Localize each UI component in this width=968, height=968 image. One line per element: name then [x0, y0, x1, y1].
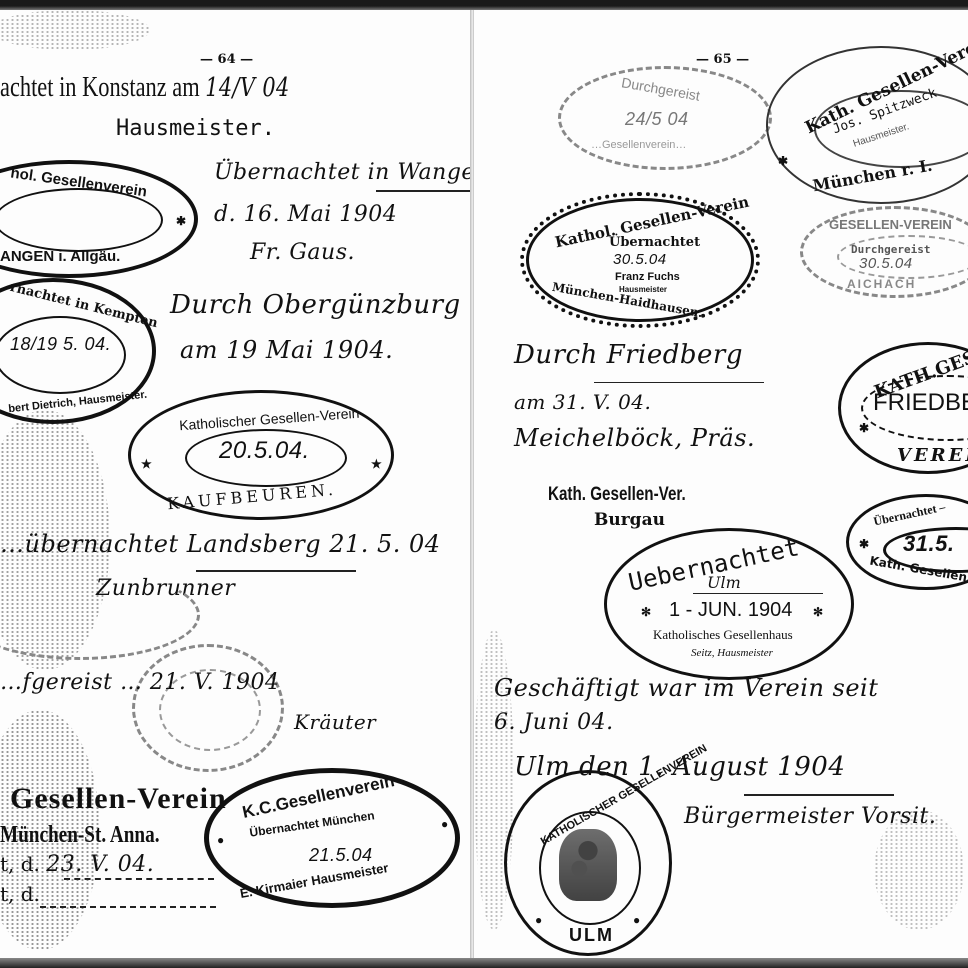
stamp-text: AICHACH — [847, 277, 916, 291]
star-icon: ✱ — [778, 154, 788, 168]
stamp-text: Franz Fuchs — [615, 271, 680, 283]
underline — [744, 794, 894, 796]
scan-top-edge — [0, 0, 968, 10]
star-icon: ✱ — [859, 537, 869, 551]
printed-location: Burgau — [594, 510, 665, 530]
printed-association: Gesellen-Verein — [10, 782, 227, 816]
stamp-text: FRIEDBE… — [873, 389, 968, 417]
header-text: achtet in Konstanz am — [0, 72, 200, 103]
header-role: Hausmeister. — [116, 116, 275, 141]
stamp-kempten: rnachtet in Kempten 18/19 5. 04. bert Di… — [0, 278, 156, 424]
handwriting-landsberg: …übernachtet Landsberg 21. 5. 04 — [0, 530, 441, 558]
right-page: — 65 — Durchgereist 24/5 04 …Gesellenver… — [474, 10, 968, 958]
dotted-line — [64, 878, 214, 880]
stamp-text: Übernachtet – — [872, 500, 947, 530]
header-line: achtet in Konstanz am 14/V 04 — [0, 72, 290, 104]
asterisk-icon: ✻ — [813, 605, 823, 619]
stamp-text: GESELLEN-VEREIN — [829, 217, 952, 232]
left-page: — 64 — achtet in Konstanz am 14/V 04 Hau… — [0, 10, 471, 958]
handwriting-aufgereist: …fgereist … 21. V. 1904 — [0, 670, 279, 695]
stamp-text: E. Kirmaier Hausmeister — [239, 860, 390, 901]
printed-label: t, d. — [0, 852, 40, 876]
handwriting-date: am 31. V. 04. — [514, 390, 651, 414]
stamp-kaufbeuren: Katholischer Gesellen-Verein 20.5.04. KA… — [128, 390, 394, 520]
stamp-aichach: GESELLEN-VEREIN Durchgereist 30.5.04 AIC… — [800, 206, 968, 298]
underline — [376, 190, 471, 192]
printed-date-row-empty: t, d. — [0, 882, 40, 906]
stamp-text: VEREI… — [897, 445, 968, 466]
stamp-rule — [693, 593, 823, 594]
stamp-text: Ulm — [707, 573, 741, 592]
star-icon: ✱ — [859, 421, 869, 435]
madonna-figure-icon — [559, 829, 617, 901]
handwriting-obergunzburg: Durch Obergünzburg — [170, 290, 461, 320]
stamp-text: ULM — [569, 925, 614, 946]
underline — [196, 570, 356, 572]
stamp-handwritten-date: 31.5. — [903, 531, 954, 557]
printed-date-row: t, d. 23. V. 04. — [0, 852, 154, 877]
stamp-ulm-uebernachtet: Uebernachtet Ulm 1 - JUN. 1904 ✻ ✻ Katho… — [604, 528, 854, 680]
stamp-text: Seitz, Hausmeister — [691, 647, 773, 659]
stamp-text: Übernachtet — [609, 235, 700, 250]
handwriting-signature: Meichelböck, Präs. — [514, 424, 755, 452]
stamp-handwritten-date: 18/19 5. 04. — [10, 334, 111, 355]
stamp-round-seal — [132, 644, 284, 772]
handwriting-signature: Bürgermeister Vorsit. — [684, 804, 936, 829]
stamp-handwritten-date: 30.5.04 — [613, 251, 667, 268]
stamp-kc-muenchen: K.C.Gesellenverein Übernachtet München 2… — [204, 768, 460, 908]
handwriting-date: am 19 Mai 1904. — [180, 336, 393, 364]
handwritten-date: 14/V 04 — [205, 73, 289, 103]
printed-association: Kath. Gesellen-Ver. — [548, 484, 686, 506]
stamp-haidhausen: Kathol. Gesellen-Verein Übernachtet 30.5… — [526, 198, 754, 322]
dot-icon: ● — [633, 913, 640, 927]
handwriting-signature: Fr. Gaus. — [250, 240, 355, 265]
scan-bottom-edge — [0, 958, 968, 968]
handwriting-employed: Geschäftigt war im Verein seit — [494, 674, 878, 702]
stamp-wangen: hol. Gesellenverein ANGEN i. Allgäu. ✱ — [0, 160, 198, 278]
handwriting-signature: Kräuter — [294, 710, 376, 734]
ink-noise — [0, 10, 150, 50]
stamp-durchgereist-faded: Durchgereist 24/5 04 …Gesellenverein… — [558, 66, 772, 170]
handwritten-date: 23. V. 04. — [46, 852, 154, 877]
handwriting-friedberg: Durch Friedberg — [514, 340, 743, 370]
page-number: — 65 — — [696, 52, 749, 67]
stamp-handwritten-date: 20.5.04. — [219, 437, 310, 465]
stamp-handwritten-date: 21.5.04 — [309, 845, 373, 866]
dot-icon: ● — [535, 913, 542, 927]
stamp-handwritten-date: 30.5.04 — [859, 255, 913, 272]
printed-location: München-St. Anna. — [0, 822, 160, 849]
handwriting-wangen: Übernachtet in Wangen — [214, 160, 471, 185]
stamp-text: …Gesellenverein… — [591, 139, 686, 151]
stamp-text: Katholisches Gesellenhaus — [653, 627, 793, 643]
stamp-handwritten-date: 24/5 04 — [625, 109, 689, 130]
asterisk-icon: ✻ — [641, 605, 651, 619]
underline — [594, 382, 764, 383]
handwriting-date: 6. Juni 04. — [494, 710, 614, 735]
stamp-date: 1 - JUN. 1904 — [669, 599, 792, 622]
dot-icon: ● — [441, 817, 448, 831]
stamp-text: ANGEN i. Allgäu. — [0, 248, 120, 265]
star-icon: ✱ — [176, 214, 186, 228]
dot-icon: ● — [217, 833, 224, 847]
stamp-friedberg: KATH.GESE… FRIEDBE… VEREI… ✱ — [838, 342, 968, 474]
star-icon: ★ — [141, 457, 152, 471]
stamp-ulm-round: KATHOLISCHER GESELLENVEREIN ULM ● ● — [504, 770, 672, 956]
handwriting-date: d. 16. Mai 1904 — [214, 202, 397, 227]
stamp-augsburg-partial: Übernachtet – 31.5. Kath. Gesellen… ✱ — [846, 494, 968, 590]
stamp-text: Durchgereist — [620, 74, 701, 104]
stamp-text: bert Dietrich, Hausmeister. — [8, 389, 148, 416]
stamp-muenchen-r-i: Kath. Gesellen-Verein Jos. Spitzweck Hau… — [766, 46, 968, 204]
dotted-line — [40, 906, 216, 908]
star-icon: ★ — [371, 457, 382, 471]
page-number: — 64 — — [200, 52, 253, 67]
